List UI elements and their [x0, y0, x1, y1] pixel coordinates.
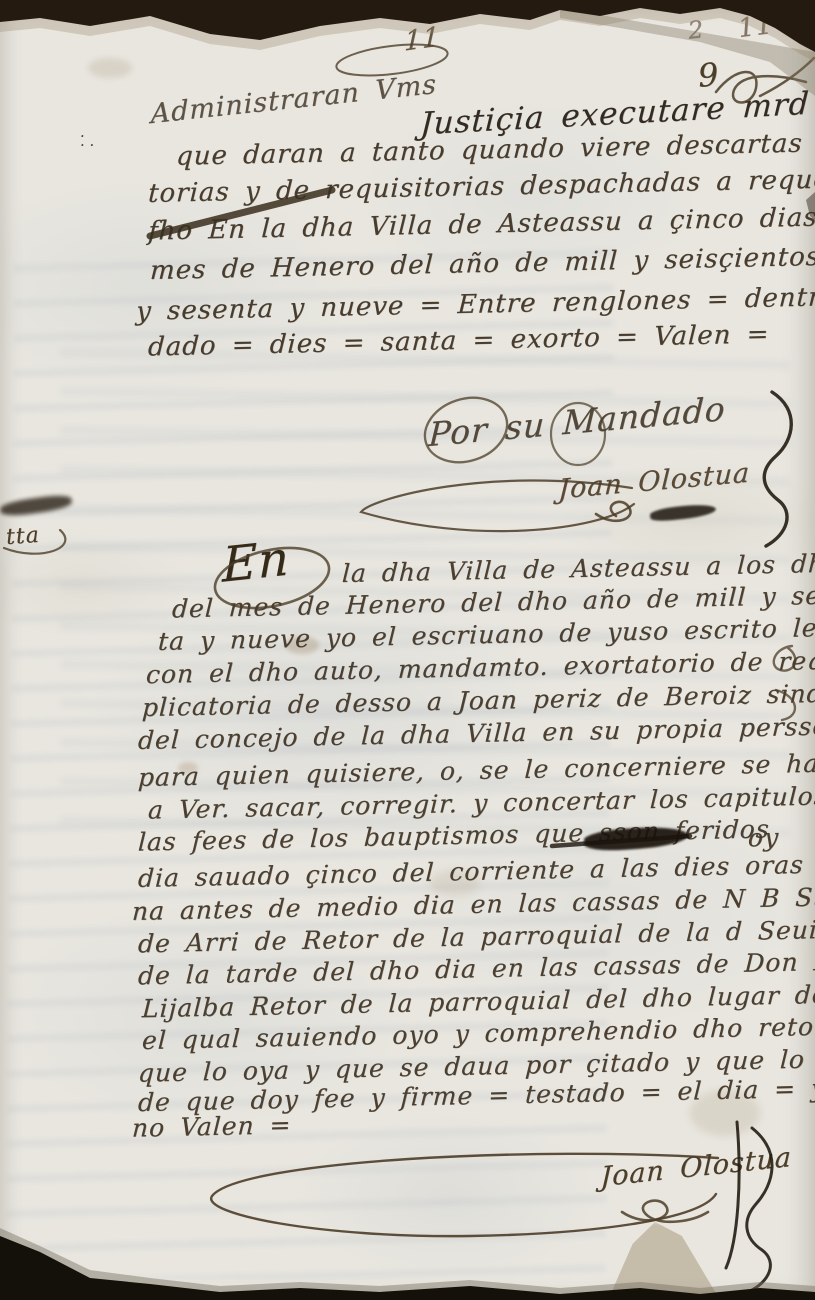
manuscript-page: ·· · 2 11 9 11 Administraran Vms Justiçi… [0, 0, 815, 1300]
edge-nick [806, 192, 815, 220]
torn-edge-layer [0, 0, 815, 1300]
